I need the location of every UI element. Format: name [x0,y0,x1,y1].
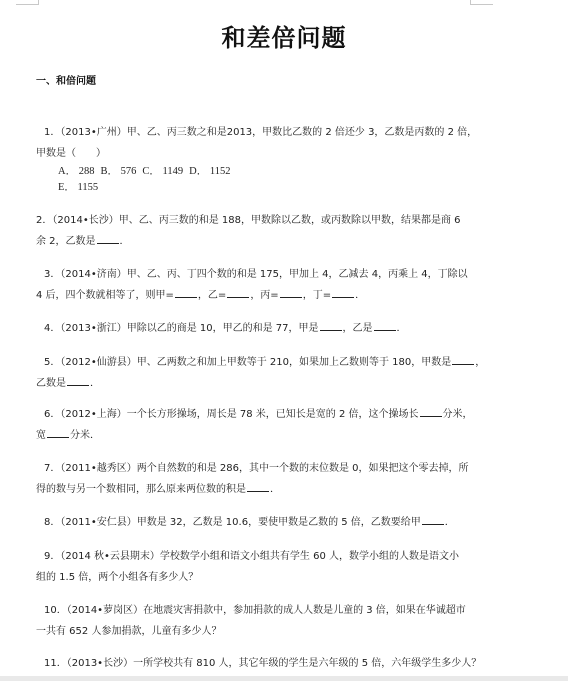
question-text: ，乙是 [343,323,373,334]
question-text: ，丁= [303,290,331,301]
document-title: 和差倍问题 [0,18,568,53]
option-d-label: D． [189,166,207,177]
option-b-value: 576 [121,166,137,177]
option-c-label: C． [142,166,160,177]
page-corner-mark-left [16,0,39,5]
question-number: 8． [44,517,60,528]
question-line: 11．（2013•长沙）一所学校共有 810 人，其它年级的学生是六年级的 5 … [40,653,540,674]
question-text: （2012•上海）一个长方形操场，周长是 78 米，已知长是宽的 2 倍，这个操… [60,409,418,420]
question-text: 一共有 652 人参加捐款，儿童有多少人？ [36,626,221,637]
page-corner-mark-right [470,0,493,5]
question-number: 9． [44,551,60,562]
question-number: 6． [44,409,60,420]
question-text: （2011•越秀区）两个自然数的和是 286，其中一个数的末位数是 0，如果把这… [60,463,468,474]
question-line: 组的 1.5 倍，两个小组各有多少人？ [36,567,540,588]
answer-blank-jia[interactable] [320,319,342,331]
question-line: 得的数与另一个数相同，那么原来两位数的积是． [36,479,540,500]
question-3: 3．（2014•济南）甲、乙、丙、丁四个数的和是 175，甲加上 4，乙减去 4… [40,264,540,306]
question-text: （2013•浙江）甲除以乙的商是 10，甲乙的和是 77，甲是 [60,323,318,334]
question-text: 4 后，四个数就相等了，则甲= [36,290,174,301]
punctuation: ， [475,357,485,368]
punctuation: ． [120,236,130,247]
question-number: 10． [44,605,67,616]
answer-blank-yi[interactable] [227,286,249,298]
punctuation: ． [445,517,455,528]
answer-blank-bing[interactable] [280,286,302,298]
punctuation: ． [270,484,280,495]
question-line: 7．（2011•越秀区）两个自然数的和是 286，其中一个数的末位数是 0，如果… [40,458,540,479]
option-a-value: 288 [79,166,95,177]
punctuation: ． [397,323,407,334]
question-4: 4．（2013•浙江）甲除以乙的商是 10，甲乙的和是 77，甲是，乙是． [40,318,540,339]
answer-blank-yi[interactable] [67,374,89,386]
question-text: （2013•长沙）一所学校共有 810 人，其它年级的学生是六年级的 5 倍，六… [67,658,482,669]
answer-blank[interactable] [247,480,269,492]
option-c-value: 1149 [163,166,184,177]
question-text: 甲数是（ ） [36,148,106,159]
punctuation: ． [355,290,365,301]
option-a-label: A． [58,166,76,177]
question-line: 3．（2014•济南）甲、乙、丙、丁四个数的和是 175，甲加上 4，乙减去 4… [40,264,540,285]
question-6: 6．（2012•上海）一个长方形操场，周长是 78 米，已知长是宽的 2 倍，这… [40,404,540,446]
question-line: 宽分米． [36,425,540,446]
question-line: 6．（2012•上海）一个长方形操场，周长是 78 米，已知长是宽的 2 倍，这… [40,404,540,425]
question-number: 4． [44,323,60,334]
question-text: （2013•广州）甲、乙、丙三数之和是2013，甲数比乙数的 2 倍还少 3，乙… [60,127,477,138]
question-text: 分米， [443,409,473,420]
question-text: （2011•安仁县）甲数是 32，乙数是 10.6，要使甲数是乙数的 5 倍，乙… [60,517,420,528]
question-line: 一共有 652 人参加捐款，儿童有多少人？ [36,621,540,642]
question-text: 得的数与另一个数相同，那么原来两位数的积是 [36,484,246,495]
question-line: 乙数是． [36,373,540,394]
question-7: 7．（2011•越秀区）两个自然数的和是 286，其中一个数的末位数是 0，如果… [40,458,540,500]
question-text: 宽 [36,430,46,441]
question-1: 1．（2013•广州）甲、乙、丙三数之和是2013，甲数比乙数的 2 倍还少 3… [40,122,540,196]
answer-blank-yi[interactable] [374,319,396,331]
question-line: 甲数是（ ） [36,143,540,164]
options-row: E． 1155 [58,180,540,196]
answer-blank-ding[interactable] [332,286,354,298]
question-number: 1． [44,127,60,138]
question-number: 5． [44,357,60,368]
question-text: ，丙= [250,290,278,301]
answer-blank[interactable] [422,513,444,525]
question-line: 2．（2014•长沙）甲、乙、丙三数的和是 188，甲数除以乙数，或丙数除以甲数… [36,210,540,231]
page-bottom-edge [0,676,568,681]
question-text: 乙数是 [36,378,66,389]
question-text: （2014•萝岗区）在地震灾害捐款中，参加捐款的成人人数是儿童的 3 倍，如果在… [67,605,466,616]
section-heading: 一、和倍问题 [36,72,96,87]
question-number: 3． [44,269,60,280]
option-e-label: E． [58,182,75,193]
question-text: 组的 1.5 倍，两个小组各有多少人？ [36,572,198,583]
answer-blank-jia[interactable] [452,353,474,365]
question-text: 余 2，乙数是 [36,236,96,247]
question-line: 10．（2014•萝岗区）在地震灾害捐款中，参加捐款的成人人数是儿童的 3 倍，… [40,600,540,621]
question-2: 2．（2014•长沙）甲、乙、丙三数的和是 188，甲数除以乙数，或丙数除以甲数… [40,210,540,252]
question-text: （2014•济南）甲、乙、丙、丁四个数的和是 175，甲加上 4，乙减去 4，丙… [60,269,467,280]
question-line: 8．（2011•安仁县）甲数是 32，乙数是 10.6，要使甲数是乙数的 5 倍… [40,512,540,533]
question-5: 5．（2012•仙游县）甲、乙两数之和加上甲数等于 210，如果加上乙数则等于 … [40,352,540,394]
question-line: 5．（2012•仙游县）甲、乙两数之和加上甲数等于 210，如果加上乙数则等于 … [40,352,540,373]
question-line: 1．（2013•广州）甲、乙、丙三数之和是2013，甲数比乙数的 2 倍还少 3… [40,122,540,143]
question-text: （2012•仙游县）甲、乙两数之和加上甲数等于 210，如果加上乙数则等于 18… [60,357,451,368]
answer-blank-width[interactable] [47,426,69,438]
question-8: 8．（2011•安仁县）甲数是 32，乙数是 10.6，要使甲数是乙数的 5 倍… [40,512,540,533]
question-number: 7． [44,463,60,474]
question-9: 9．（2014 秋•云县期末）学校数学小组和语文小组共有学生 60 人，数学小组… [40,546,540,588]
question-line: 9．（2014 秋•云县期末）学校数学小组和语文小组共有学生 60 人，数学小组… [40,546,540,567]
options-row: A． 288B． 576C． 1149D． 1152 [58,164,540,180]
question-text: （2014 秋•云县期末）学校数学小组和语文小组共有学生 60 人，数学小组的人… [60,551,459,562]
answer-blank-length[interactable] [420,405,442,417]
question-number: 11． [44,658,67,669]
document-page: 和差倍问题 一、和倍问题 1．（2013•广州）甲、乙、丙三数之和是2013，甲… [0,0,568,676]
option-d-value: 1152 [210,166,231,177]
question-text: （2014•长沙）甲、乙、丙三数的和是 188，甲数除以乙数，或丙数除以甲数，结… [52,215,460,226]
question-text: ，乙= [198,290,226,301]
question-line: 4 后，四个数就相等了，则甲=，乙=，丙=，丁=． [36,285,540,306]
punctuation: ． [90,378,100,389]
question-text: 分米． [70,430,100,441]
answer-blank[interactable] [97,232,119,244]
answer-options: A． 288B． 576C． 1149D． 1152 E． 1155 [40,164,540,196]
question-line: 4．（2013•浙江）甲除以乙的商是 10，甲乙的和是 77，甲是，乙是． [40,318,540,339]
option-e-value: 1155 [78,182,99,193]
answer-blank-jia[interactable] [175,286,197,298]
option-b-label: B． [100,166,118,177]
question-line: 余 2，乙数是． [36,231,540,252]
question-10: 10．（2014•萝岗区）在地震灾害捐款中，参加捐款的成人人数是儿童的 3 倍，… [40,600,540,642]
question-11: 11．（2013•长沙）一所学校共有 810 人，其它年级的学生是六年级的 5 … [40,653,540,674]
question-number: 2． [36,215,52,226]
